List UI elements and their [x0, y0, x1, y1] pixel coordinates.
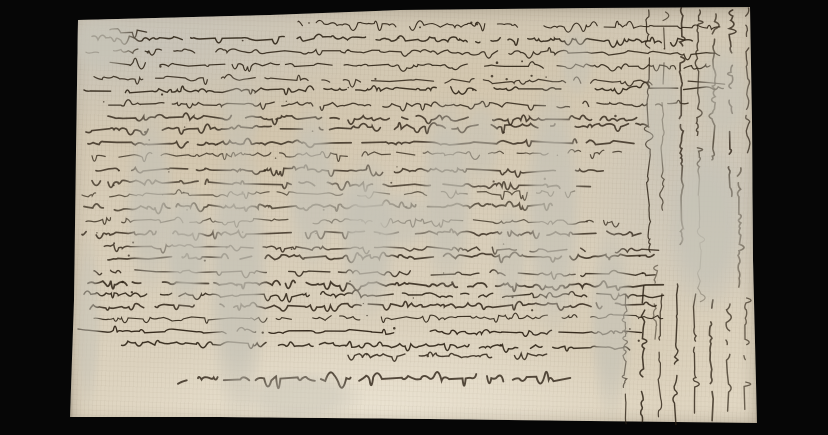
photograph-frame	[0, 0, 828, 435]
manuscript-paper	[70, 6, 758, 425]
